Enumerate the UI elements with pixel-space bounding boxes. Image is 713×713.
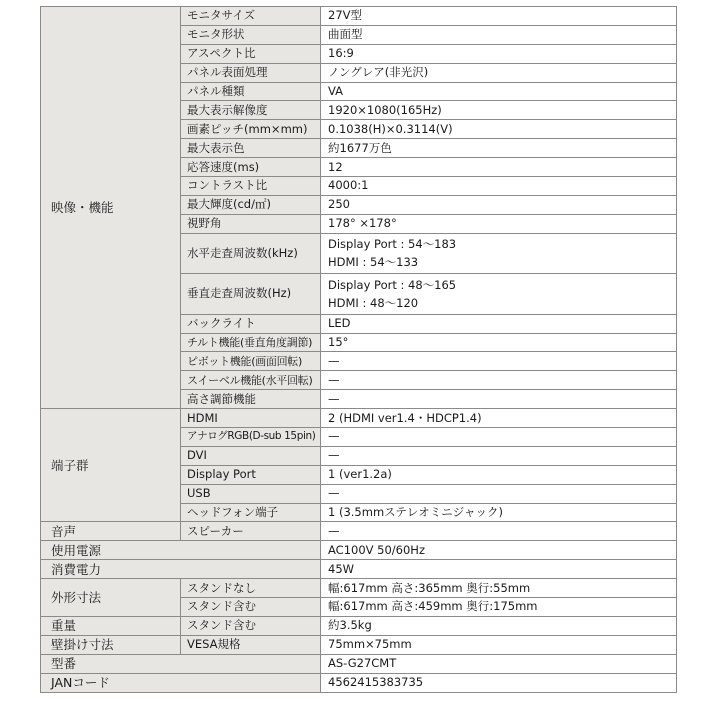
value-horizontal-frequency-hdmi: HDMI : 54〜133	[328, 253, 676, 271]
category-audio: 音声	[41, 522, 181, 541]
label-usb: USB	[181, 484, 321, 503]
spec-row-monitor-size: 映像・機能 モニタサイズ 27V型	[41, 7, 677, 26]
value-pixel-pitch: 0.1038(H)×0.3114(V)	[321, 120, 677, 139]
value-viewing-angle: 178° ×178°	[321, 214, 677, 233]
value-height-adjust: —	[321, 390, 677, 409]
value-weight: 約3.5kg	[321, 616, 677, 635]
value-dimensions-with-stand: 幅:617mm 高さ:459mm 奥行:175mm	[321, 598, 677, 617]
label-height-adjust: 高さ調節機能	[181, 390, 321, 409]
value-max-colors: 約1677万色	[321, 139, 677, 158]
label-response-time: 応答速度(ms)	[181, 158, 321, 177]
value-backlight: LED	[321, 314, 677, 333]
label-wall-mount: VESA規格	[181, 635, 321, 654]
value-hdmi: 2 (HDMI ver1.4・HDCP1.4)	[321, 409, 677, 428]
value-contrast: 4000:1	[321, 177, 677, 196]
spec-row-speaker: 音声 スピーカー —	[41, 522, 677, 541]
label-dimensions-with-stand: スタンド含む	[181, 598, 321, 617]
spec-row-model: 型番 AS-G27CMT	[41, 654, 677, 673]
value-power-source: AC100V 50/60Hz	[321, 541, 677, 560]
label-speaker: スピーカー	[181, 522, 321, 541]
value-power-consumption: 45W	[321, 560, 677, 579]
category-model: 型番	[41, 654, 321, 673]
value-max-brightness: 250	[321, 195, 677, 214]
value-dimensions-no-stand: 幅:617mm 高さ:365mm 奥行:55mm	[321, 579, 677, 598]
spec-row-weight: 重量 スタンド含む 約3.5kg	[41, 616, 677, 635]
label-pixel-pitch: 画素ピッチ(mm×mm)	[181, 120, 321, 139]
value-monitor-shape: 曲面型	[321, 25, 677, 44]
value-panel-type: VA	[321, 82, 677, 101]
label-monitor-size: モニタサイズ	[181, 7, 321, 26]
value-max-resolution: 1920×1080(165Hz)	[321, 101, 677, 120]
value-panel-surface: ノングレア(非光沢)	[321, 63, 677, 82]
spec-row-hdmi: 端子群 HDMI 2 (HDMI ver1.4・HDCP1.4)	[41, 409, 677, 428]
value-model: AS-G27CMT	[321, 654, 677, 673]
spec-row-dimensions-no-stand: 外形寸法 スタンドなし 幅:617mm 高さ:365mm 奥行:55mm	[41, 579, 677, 598]
label-analog-rgb: アナログRGB(D-sub 15pin)	[181, 428, 321, 447]
label-max-resolution: 最大表示解像度	[181, 101, 321, 120]
value-displayport: 1 (ver1.2a)	[321, 465, 677, 484]
category-weight: 重量	[41, 616, 181, 635]
value-speaker: —	[321, 522, 677, 541]
value-horizontal-frequency-dp: Display Port : 54〜183	[328, 235, 676, 253]
category-power-source: 使用電源	[41, 541, 321, 560]
label-viewing-angle: 視野角	[181, 214, 321, 233]
value-vertical-frequency: Display Port : 48〜165 HDMI : 48〜120	[321, 274, 677, 315]
spec-row-wall-mount: 壁掛け寸法 VESA規格 75mm×75mm	[41, 635, 677, 654]
category-power-consumption: 消費電力	[41, 560, 321, 579]
label-hdmi: HDMI	[181, 409, 321, 428]
spec-row-jan: JANコード 4562415383735	[41, 673, 677, 692]
value-vertical-frequency-hdmi: HDMI : 48〜120	[328, 294, 676, 312]
label-panel-type: パネル種類	[181, 82, 321, 101]
value-headphone: 1 (3.5mmステレオミニジャック)	[321, 503, 677, 522]
label-horizontal-frequency: 水平走査周波数(kHz)	[181, 233, 321, 274]
label-dvi: DVI	[181, 446, 321, 465]
value-horizontal-frequency: Display Port : 54〜183 HDMI : 54〜133	[321, 233, 677, 274]
value-jan: 4562415383735	[321, 673, 677, 692]
value-usb: —	[321, 484, 677, 503]
value-pivot: —	[321, 352, 677, 371]
category-dimensions: 外形寸法	[41, 579, 181, 617]
label-monitor-shape: モニタ形状	[181, 25, 321, 44]
label-vertical-frequency: 垂直走査周波数(Hz)	[181, 274, 321, 315]
label-swivel: スイーベル機能(水平回転)	[181, 371, 321, 390]
label-pivot: ピボット機能(画面回転)	[181, 352, 321, 371]
spec-row-power-consumption: 消費電力 45W	[41, 560, 677, 579]
category-video: 映像・機能	[41, 7, 181, 409]
value-tilt: 15°	[321, 333, 677, 352]
value-dvi: —	[321, 446, 677, 465]
category-ports: 端子群	[41, 409, 181, 522]
category-jan: JANコード	[41, 673, 321, 692]
label-headphone: ヘッドフォン端子	[181, 503, 321, 522]
value-swivel: —	[321, 371, 677, 390]
value-wall-mount: 75mm×75mm	[321, 635, 677, 654]
label-max-colors: 最大表示色	[181, 139, 321, 158]
label-aspect-ratio: アスペクト比	[181, 44, 321, 63]
label-tilt: チルト機能(垂直角度調節)	[181, 333, 321, 352]
label-displayport: Display Port	[181, 465, 321, 484]
value-vertical-frequency-dp: Display Port : 48〜165	[328, 276, 676, 294]
label-contrast: コントラスト比	[181, 177, 321, 196]
spec-table: 映像・機能 モニタサイズ 27V型 モニタ形状 曲面型 アスペクト比 16:9 …	[40, 6, 677, 693]
spec-row-power-source: 使用電源 AC100V 50/60Hz	[41, 541, 677, 560]
label-max-brightness: 最大輝度(cd/㎡)	[181, 195, 321, 214]
label-dimensions-no-stand: スタンドなし	[181, 579, 321, 598]
value-aspect-ratio: 16:9	[321, 44, 677, 63]
value-response-time: 12	[321, 158, 677, 177]
label-backlight: バックライト	[181, 314, 321, 333]
label-panel-surface: パネル表面処理	[181, 63, 321, 82]
label-weight: スタンド含む	[181, 616, 321, 635]
category-wall-mount: 壁掛け寸法	[41, 635, 181, 654]
value-monitor-size: 27V型	[321, 7, 677, 26]
value-analog-rgb: —	[321, 428, 677, 447]
